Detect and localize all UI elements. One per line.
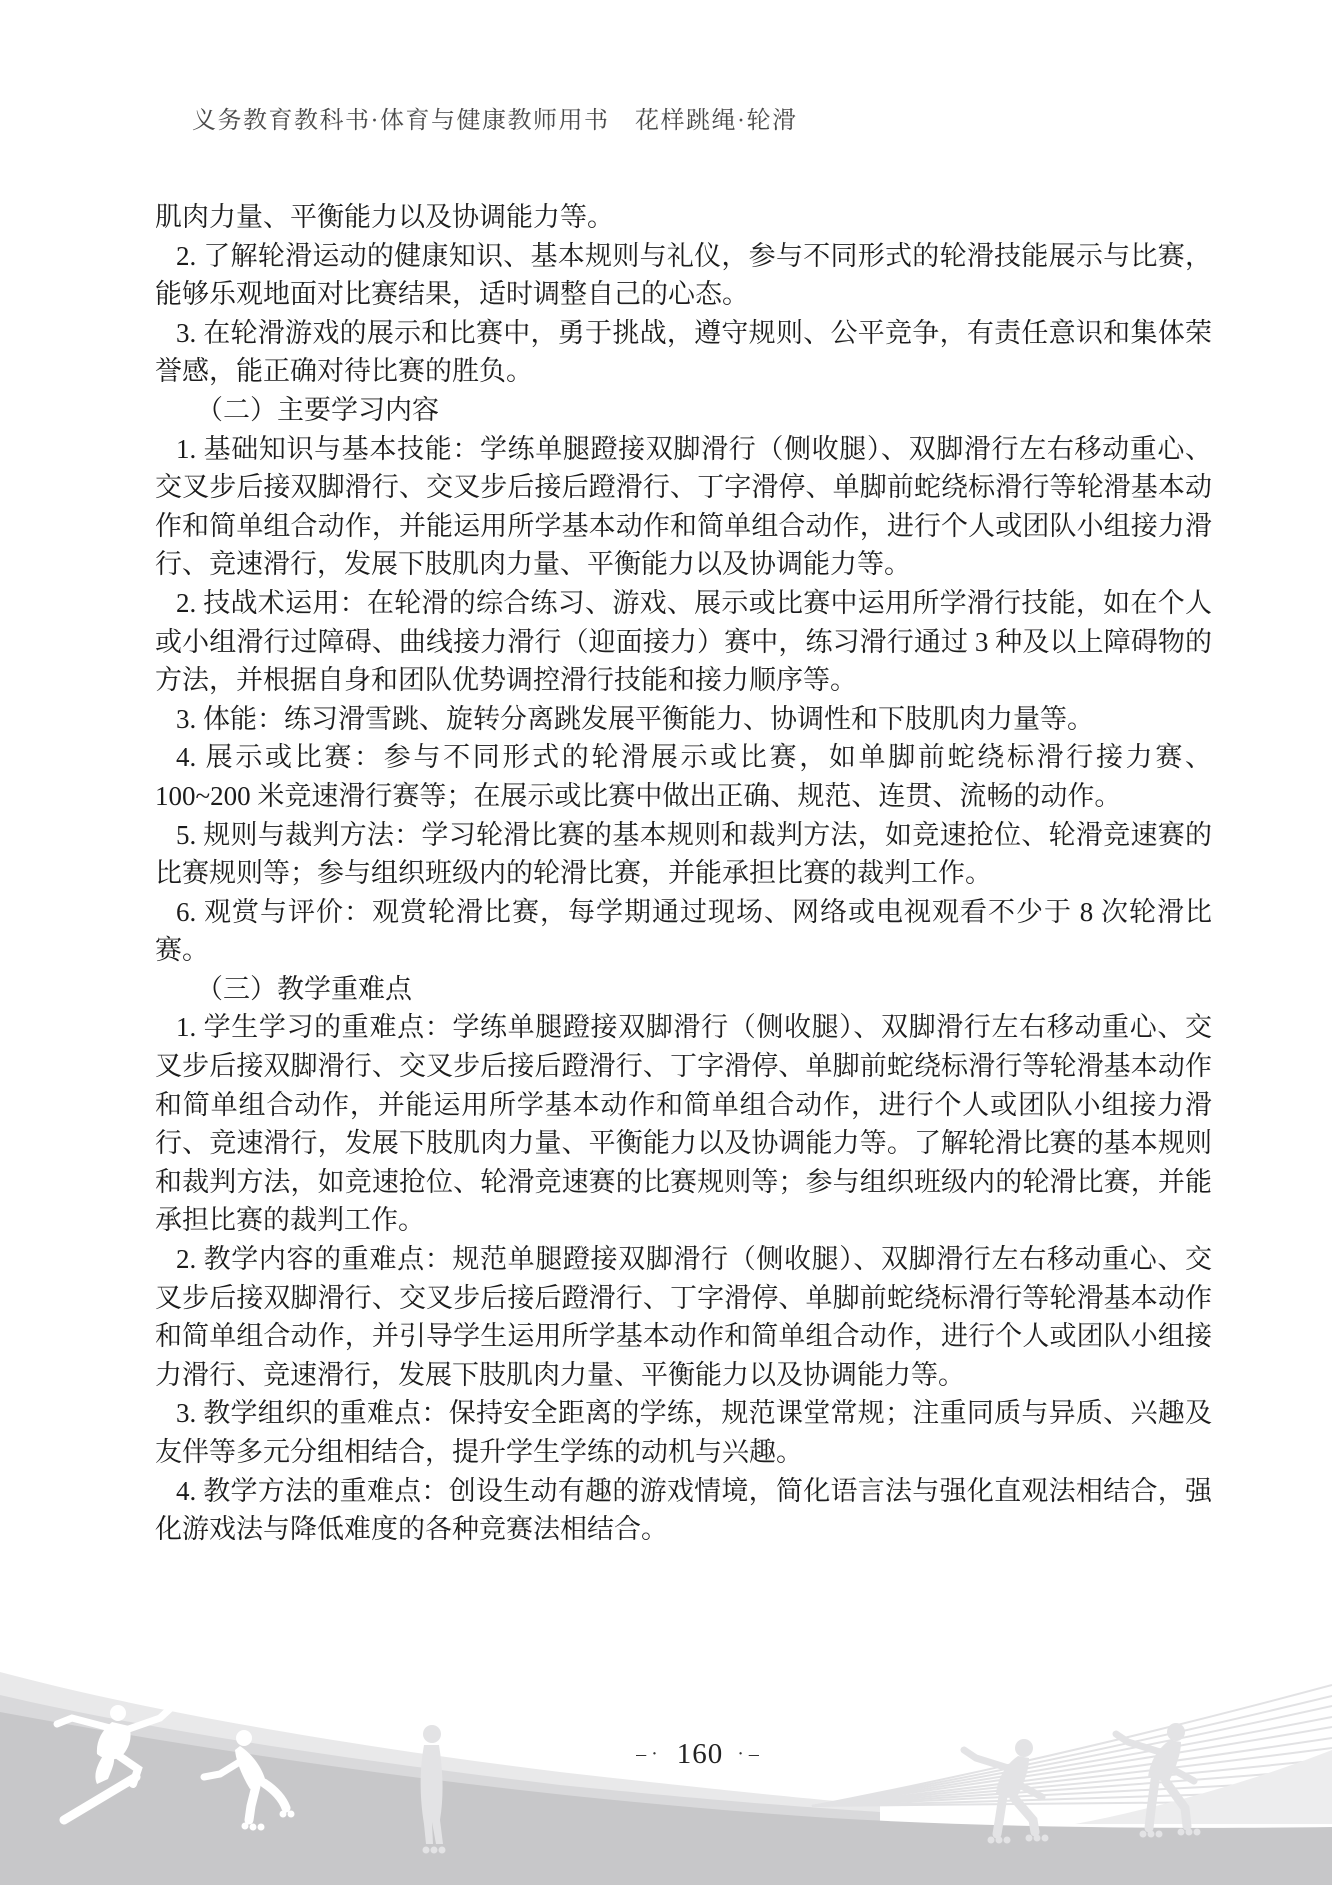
footer-decoration (0, 1600, 1332, 1885)
body-paragraph: 4. 教学方法的重难点：创设生动有趣的游戏情境，简化语言法与强化直观法相结合，强… (155, 1472, 1212, 1549)
body-paragraph: 2. 技战术运用：在轮滑的综合练习、游戏、展示或比赛中运用所学滑行技能，如在个人… (155, 584, 1212, 700)
textbook-page: { "page": { "header": "义务教育教科书·体育与健康教师用书… (0, 0, 1332, 1885)
body-paragraph: 3. 在轮滑游戏的展示和比赛中，勇于挑战，遵守规则、公平竞争，有责任意识和集体荣… (155, 314, 1212, 391)
body-paragraph: 3. 体能：练习滑雪跳、旋转分离跳发展平衡能力、协调性和下肢肌肉力量等。 (155, 700, 1212, 739)
body-paragraph: 2. 教学内容的重难点：规范单腿蹬接双脚滑行（侧收腿）、双脚滑行左右移动重心、交… (155, 1240, 1212, 1394)
body-paragraph: 1. 基础知识与基本技能：学练单腿蹬接双脚滑行（侧收腿）、双脚滑行左右移动重心、… (155, 430, 1212, 584)
page-header: 义务教育教科书·体育与健康教师用书 花样跳绳·轮滑 (192, 100, 797, 135)
body-paragraph: 1. 学生学习的重难点：学练单腿蹬接双脚滑行（侧收腿）、双脚滑行左右移动重心、交… (155, 1008, 1212, 1240)
body-paragraph: 2. 了解轮滑运动的健康知识、基本规则与礼仪，参与不同形式的轮滑技能展示与比赛，… (155, 237, 1212, 314)
body-paragraph: 4. 展示或比赛：参与不同形式的轮滑展示或比赛，如单脚前蛇绕标滑行接力赛、100… (155, 738, 1212, 815)
body-paragraph: （三）教学重难点 (155, 970, 1212, 1009)
body-paragraph: 5. 规则与裁判方法：学习轮滑比赛的基本规则和裁判方法，如竞速抢位、轮滑竞速赛的… (155, 816, 1212, 893)
body-paragraph: （二）主要学习内容 (155, 391, 1212, 430)
body-paragraph: 6. 观赏与评价：观赏轮滑比赛，每学期通过现场、网络或电视观看不少于 8 次轮滑… (155, 893, 1212, 970)
body-paragraph: 肌肉力量、平衡能力以及协调能力等。 (155, 198, 1212, 237)
body-paragraph: 3. 教学组织的重难点：保持安全距离的学练，规范课堂常规；注重同质与异质、兴趣及… (155, 1394, 1212, 1471)
body-text: 肌肉力量、平衡能力以及协调能力等。2. 了解轮滑运动的健康知识、基本规则与礼仪，… (155, 198, 1212, 1549)
